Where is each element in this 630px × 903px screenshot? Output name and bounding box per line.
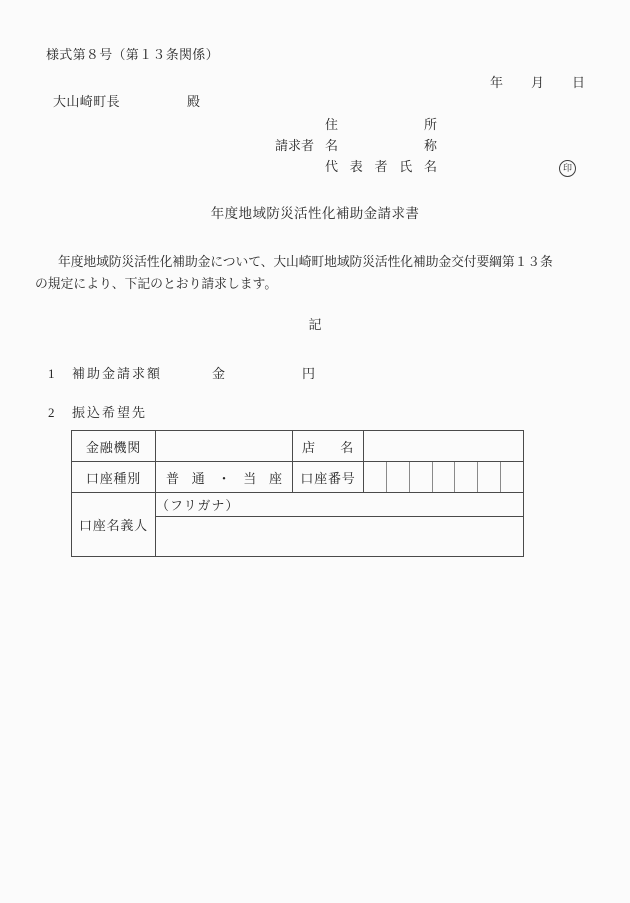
financial-institution-label: 金融機関 [72,431,156,462]
requester-name-label: 名称 [325,139,437,152]
date-day-label: 日 [572,76,585,89]
document-title: 年度地域防災活性化補助金請求書 [0,207,630,221]
account-number-digit-box [454,462,477,492]
account-number-digit-boxes [364,462,523,492]
amount-unit: 円 [302,367,315,380]
bank-transfer-table: 金融機関 店名 口座種別 普通・当座 口座番号 口座名義人 （フリガナ） [71,430,524,557]
item2-number: 2 [48,406,55,419]
item1-number: 1 [48,367,55,380]
body-paragraph-line2: の規定により、下記のとおり請求します。 [35,278,277,291]
account-number-label: 口座番号 [293,462,364,493]
branch-name-label: 店名 [293,431,364,462]
account-number-digit-box [364,462,386,492]
requester-representative-label: 代表者氏名 [325,160,437,173]
item1-label: 補助金請求額 [72,367,162,380]
account-number-digit-box [409,462,432,492]
document-page: 様式第８号（第１３条関係） 年 月 日 大山崎町長 殿 請求者 住所 名称 代表… [0,0,630,903]
form-number: 様式第８号（第１３条関係） [46,48,219,61]
account-holder-name-cell [156,517,524,557]
notation-ki: 記 [0,318,630,331]
account-number-digit-box [386,462,409,492]
addressee-name: 大山崎町長 [53,95,120,108]
body-paragraph-line1: 年度地域防災活性化補助金について、大山崎町地域防災活性化補助金交付要綱第１３条 [58,256,553,269]
branch-name-label-text: 店名 [293,437,363,456]
account-number-digit-box [477,462,500,492]
amount-prefix: 金 [212,367,225,380]
account-type-options: 普通・当座 [156,468,292,487]
account-type-cell: 普通・当座 [156,462,293,493]
date-year-label: 年 [490,76,503,89]
account-number-digit-box [500,462,523,492]
account-number-cell [364,462,524,493]
requester-address-label: 住所 [325,118,437,131]
account-number-digit-box [432,462,455,492]
seal-mark-icon: 印 [559,160,576,177]
seal-character: 印 [563,164,572,173]
account-type-label: 口座種別 [72,462,156,493]
financial-institution-cell [156,431,293,462]
requester-label: 請求者 [275,139,314,152]
account-holder-label: 口座名義人 [72,493,156,557]
furigana-cell: （フリガナ） [156,493,524,517]
branch-name-cell [364,431,524,462]
date-month-label: 月 [531,76,544,89]
addressee-honorific: 殿 [187,95,200,108]
item2-label: 振込希望先 [72,406,147,419]
date-line: 年 月 日 [490,76,585,89]
